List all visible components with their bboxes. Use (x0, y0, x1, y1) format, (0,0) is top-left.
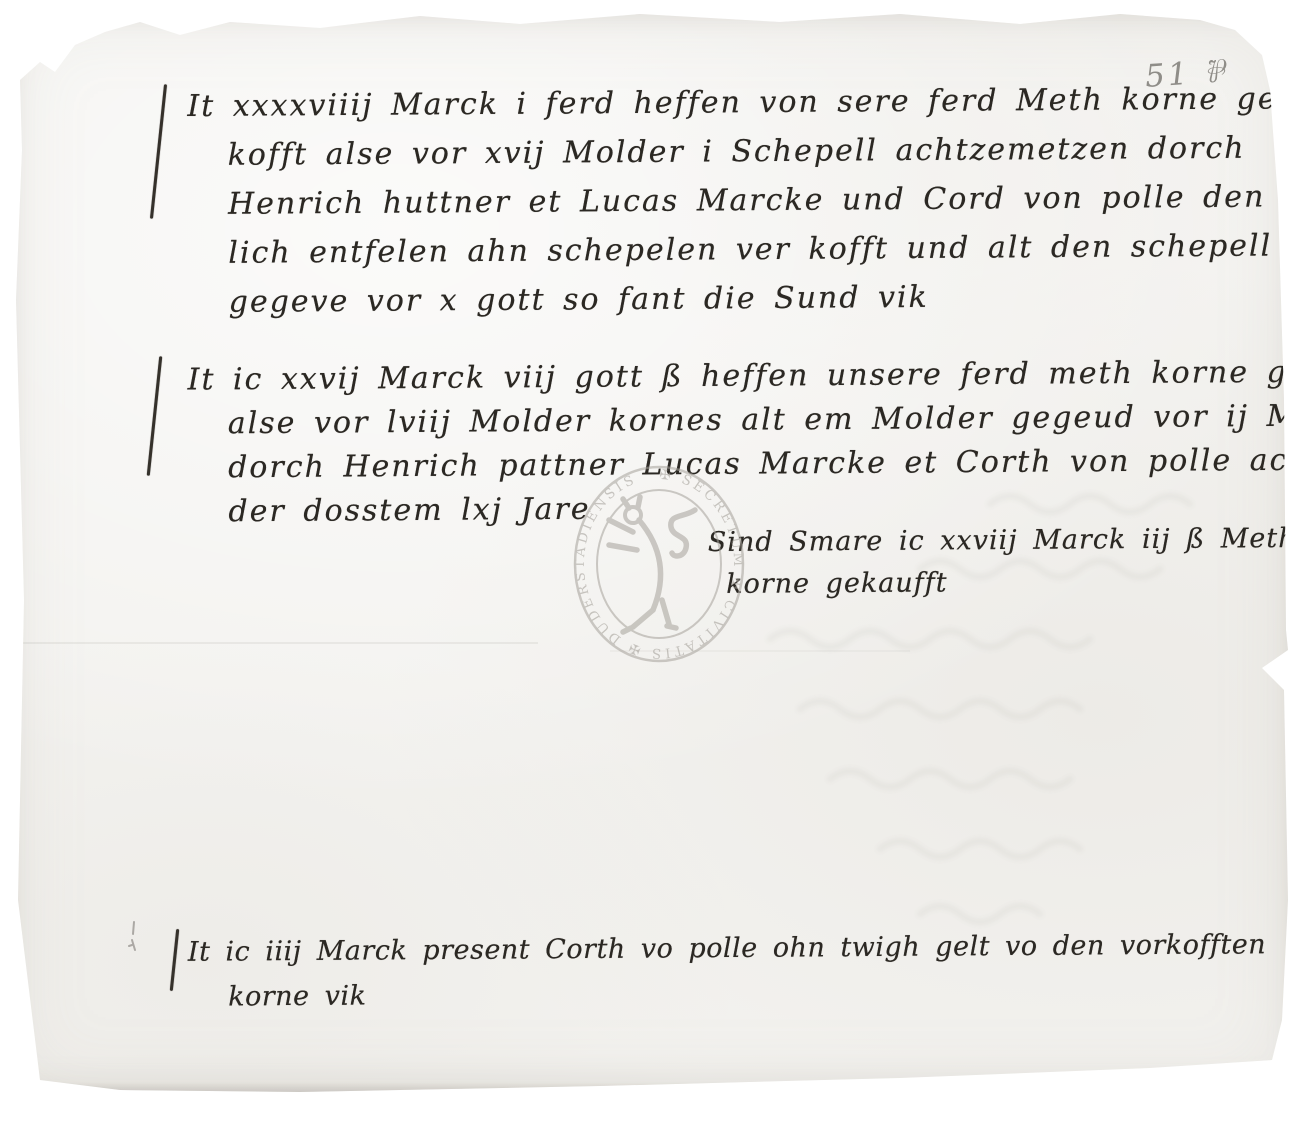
lion-rampant-icon (609, 497, 695, 632)
scanned-manuscript-page: { "page": { "folio_number": "51 ⅌", "des… (0, 0, 1300, 1128)
manuscript-line: kofft alse vor xvij Molder i Schepell ac… (188, 123, 1300, 180)
pencil-mark (126, 920, 146, 954)
manuscript-line: gegeve vor x gott so fant die Sund vik (189, 270, 1300, 327)
item-paraph-stroke (170, 929, 179, 991)
item-paraph-stroke (150, 84, 167, 219)
manuscript-line: It ic xxvij Marck viij gott ß heffen uns… (187, 349, 1300, 402)
manuscript-entry-1: It xxxxviiij Marck i ferd heffen von ser… (187, 74, 1300, 327)
ink-bleed-through (740, 474, 1280, 984)
item-paraph-stroke (147, 356, 163, 476)
manuscript-line: Henrich huttner et Lucas Marcke und Cord… (188, 172, 1300, 229)
manuscript-line: lich entfelen ahn schepelen ver kofft un… (188, 221, 1300, 278)
manuscript-line: It xxxxviiij Marck i ferd heffen von ser… (187, 74, 1300, 131)
manuscript-line: alse vor lviij Molder kornes alt em Mold… (188, 393, 1300, 446)
city-seal-stamp: ✠ SECRETUM ✠ CIVITATIS ✠ DUDERSTADIENSIS (563, 458, 755, 674)
paper-sheet: 51 ⅌ It xxxxviiij Marck i ferd heffen vo… (10, 14, 1292, 1094)
paper-crease-line (18, 642, 538, 644)
